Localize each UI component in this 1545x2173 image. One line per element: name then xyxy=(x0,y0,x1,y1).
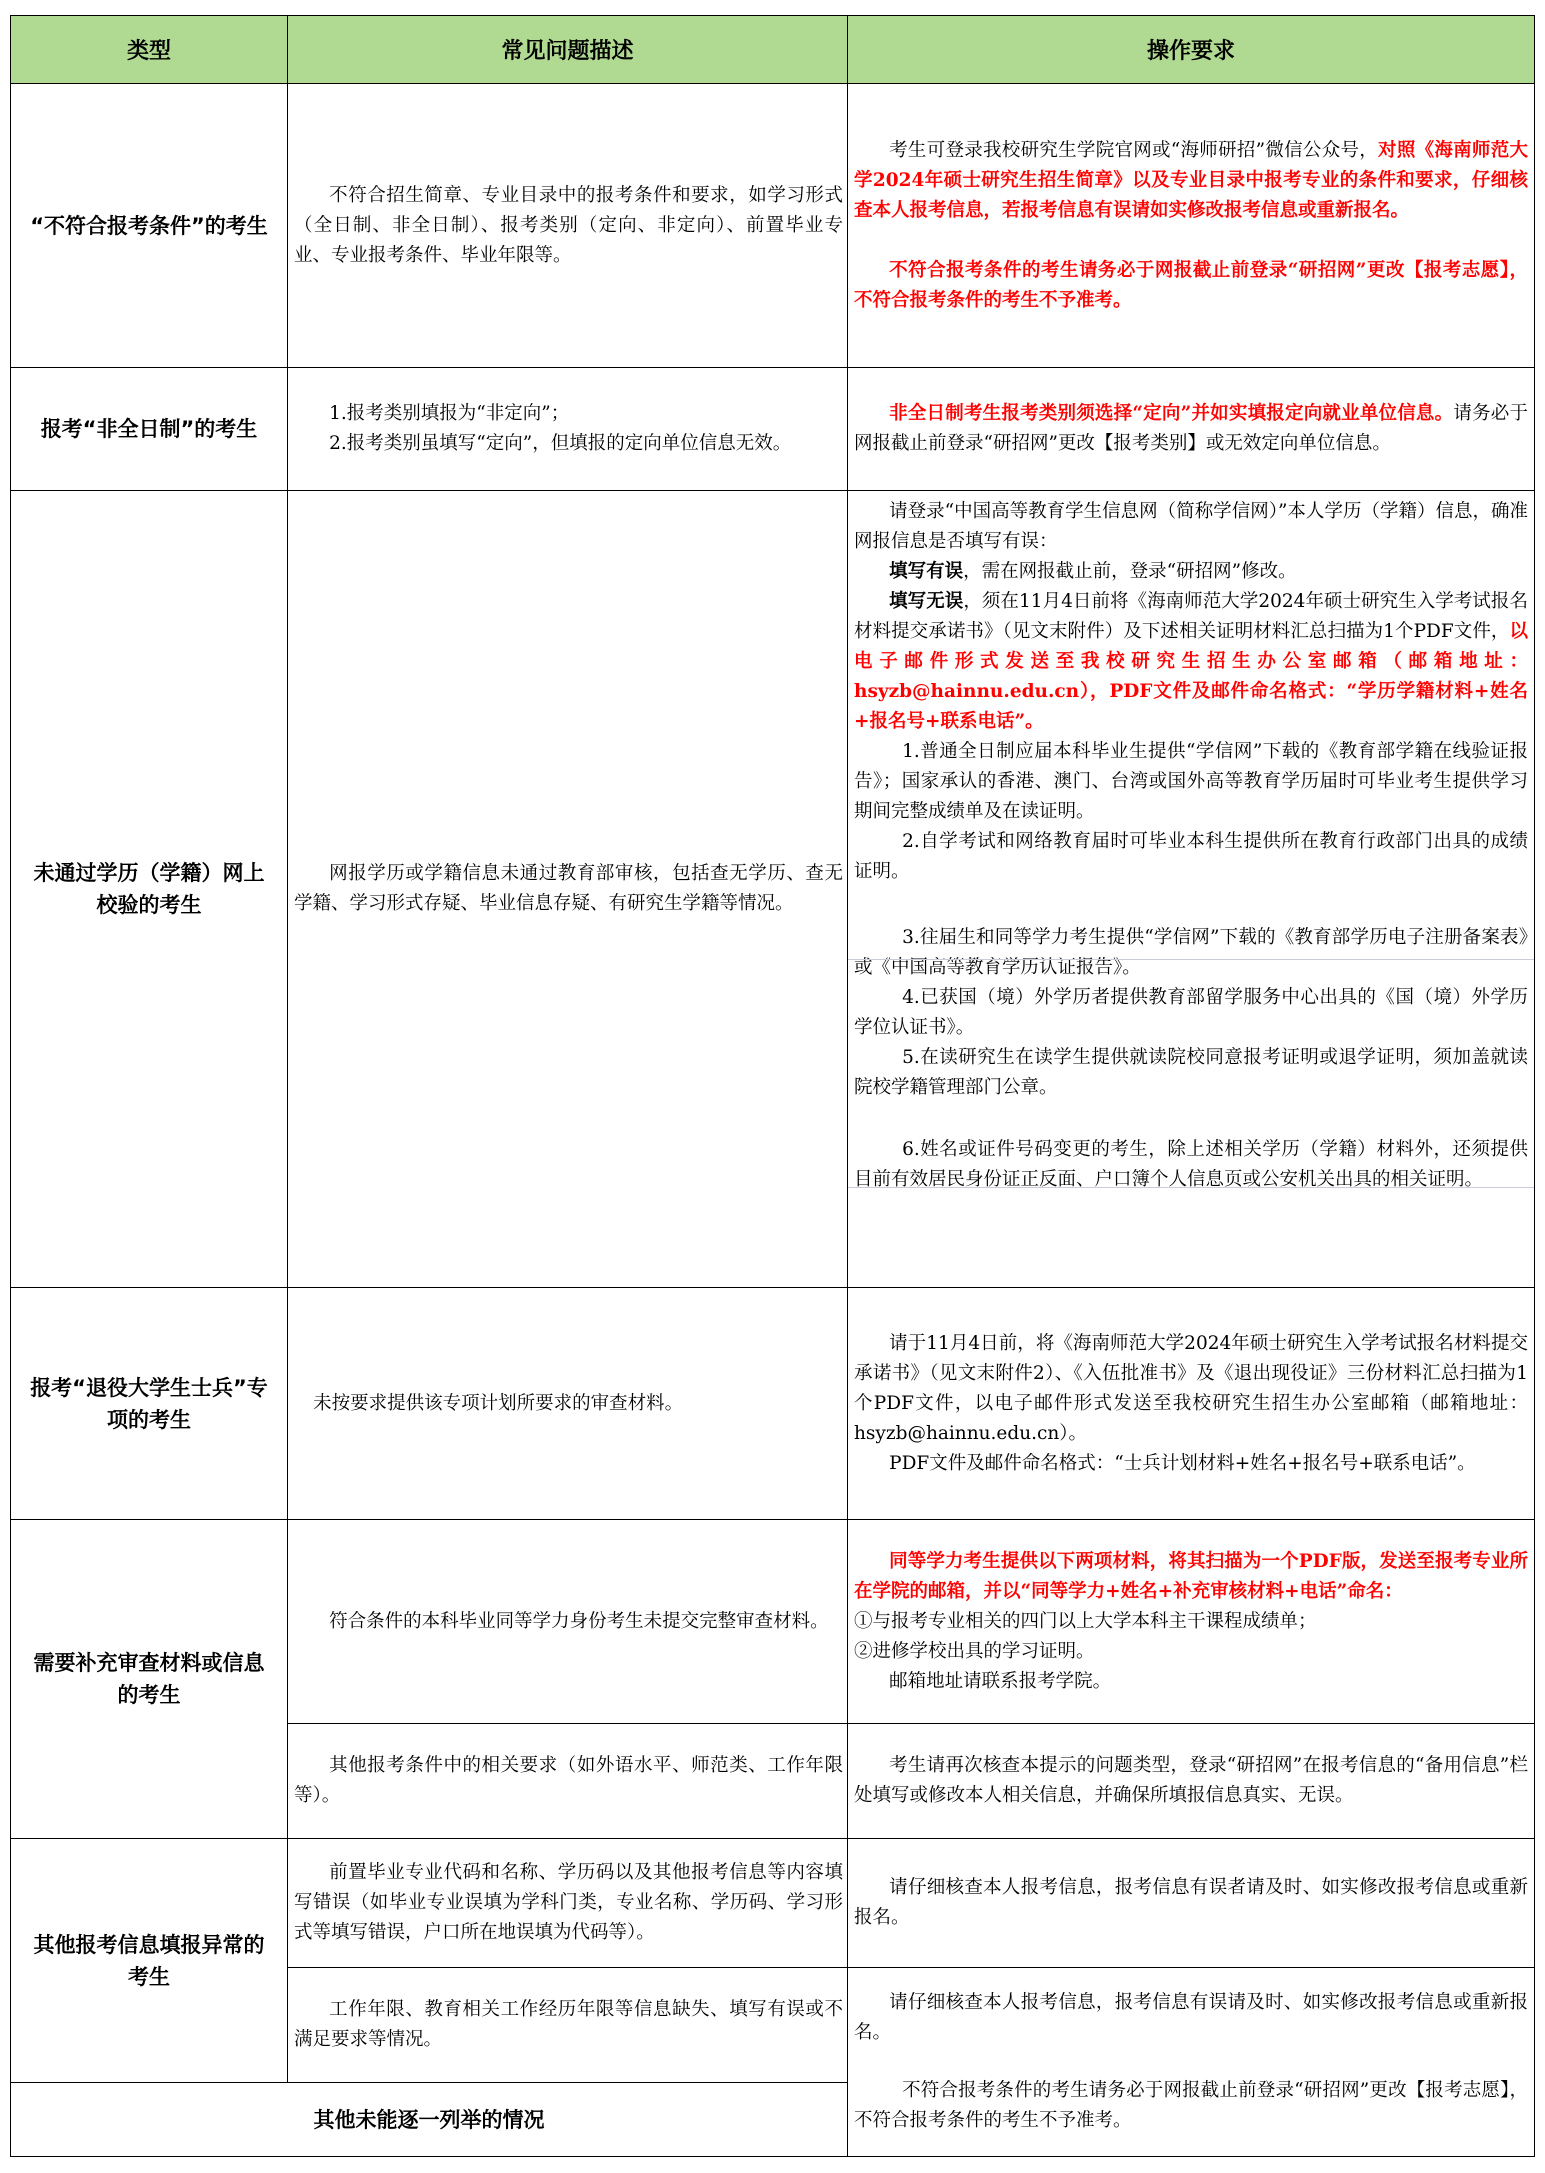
row-5-desc-1: 符合条件的本科毕业同等学力身份考生未提交完整审查材料。 xyxy=(287,1519,848,1724)
row-2-description: 1.报考类别填报为“非定向”； 2.报考类别虽填写“定向”，但填报的定向单位信息… xyxy=(287,367,848,491)
row-3-action: 请登录“中国高等教育学生信息网（简称学信网）”本人学历（学籍）信息，确准网报信息… xyxy=(847,490,1535,1288)
header-description: 常见问题描述 xyxy=(287,15,848,84)
row-6-desc-1: 前置毕业专业代码和名称、学历码以及其他报考信息等内容填写错误（如毕业专业误填为学… xyxy=(287,1838,848,1968)
row-5-action-1-item-1: ①与报考专业相关的四门以上大学本科主干课程成绩单； xyxy=(854,1607,1528,1637)
row-2-desc-item-1: 1.报考类别填报为“非定向”； xyxy=(294,399,843,429)
row-6-desc-1-text: 前置毕业专业代码和名称、学历码以及其他报考信息等内容填写错误（如毕业专业误填为学… xyxy=(294,1858,843,1948)
row-5-action-1-red: 同等学力考生提供以下两项材料，将其扫描为一个PDF版，发送至报考专业所在学院的邮… xyxy=(854,1547,1528,1607)
row-3-action-item-2: 2.自学考试和网络教育届时可毕业本科生提供所在教育行政部门出具的成绩证明。 xyxy=(854,827,1528,887)
row-5-desc-1-text: 符合条件的本科毕业同等学力身份考生未提交完整审查材料。 xyxy=(294,1607,843,1637)
row-3-action-intro: 请登录“中国高等教育学生信息网（简称学信网）”本人学历（学籍）信息，确准网报信息… xyxy=(854,497,1528,557)
row-3-action-err-text: ，需在网报截止前，登录“研招网”修改。 xyxy=(963,561,1296,582)
row-3-action-item-4: 4.已获国（境）外学历者提供教育部留学服务中心出具的《国（境）外学历学位认证书》… xyxy=(854,983,1528,1043)
row-4-description: 未按要求提供该专项计划所要求的审查材料。 xyxy=(287,1287,848,1520)
row-5-desc-2: 其他报考条件中的相关要求（如外语水平、师范类、工作年限等）。 xyxy=(287,1723,848,1839)
row-1-action: 考生可登录我校研究生学院官网或“海师研招”微信公众号，对照《海南师范大学2024… xyxy=(847,83,1535,368)
row-3-sub-divider-2 xyxy=(848,1187,1534,1188)
row-5-action-1-note: 邮箱地址请联系报考学院。 xyxy=(854,1667,1528,1697)
row-1-type: “不符合报考条件”的考生 xyxy=(10,83,288,368)
row-3-action-ok-label: 填写无误 xyxy=(889,591,963,612)
row-3-action-item-5: 5.在读研究生在读学生提供就读院校同意报考证明或退学证明，须加盖就读院校学籍管理… xyxy=(854,1043,1528,1103)
row-1-action-normal: 考生可登录我校研究生学院官网或“海师研招”微信公众号， xyxy=(889,140,1378,161)
row-4-action-p2: PDF文件及邮件命名格式：“士兵计划材料+姓名+报名号+联系电话”。 xyxy=(854,1449,1528,1479)
row-4-action: 请于11月4日前，将《海南师范大学2024年硕士研究生入学考试报名材料提交承诺书… xyxy=(847,1287,1535,1520)
row-2-action-red: 非全日制考生报考类别须选择“定向”并如实填报定向就业单位信息。 xyxy=(889,403,1453,424)
row-5-action-1: 同等学力考生提供以下两项材料，将其扫描为一个PDF版，发送至报考专业所在学院的邮… xyxy=(847,1519,1535,1724)
row-3-type: 未通过学历（学籍）网上校验的考生 xyxy=(10,490,288,1288)
row-6-action-1: 请仔细核查本人报考信息，报考信息有误者请及时、如实修改报考信息或重新报名。 xyxy=(847,1838,1535,1968)
row-3-action-item-1: 1.普通全日制应届本科毕业生提供“学信网”下载的《教育部学籍在线验证报告》；国家… xyxy=(854,737,1528,827)
row-4-action-p1: 请于11月4日前，将《海南师范大学2024年硕士研究生入学考试报名材料提交承诺书… xyxy=(854,1329,1528,1449)
row-3-sub-divider-1 xyxy=(848,959,1534,960)
row-3-action-err-label: 填写有误 xyxy=(889,561,963,582)
row-5-desc-2-text: 其他报考条件中的相关要求（如外语水平、师范类、工作年限等）。 xyxy=(294,1751,843,1811)
row-2-type: 报考“非全日制”的考生 xyxy=(10,367,288,491)
requirements-table: 类型 常见问题描述 操作要求 “不符合报考条件”的考生 不符合招生简章、专业目录… xyxy=(10,15,1535,2157)
row-3-action-item-3: 3.往届生和同等学力考生提供“学信网”下载的《教育部学历电子注册备案表》或《中国… xyxy=(854,923,1528,983)
row-7-type: 其他未能逐一列举的情况 xyxy=(10,2082,848,2157)
row-6-action-1-text: 请仔细核查本人报考信息，报考信息有误者请及时、如实修改报考信息或重新报名。 xyxy=(854,1873,1528,1933)
row-3-desc-text: 网报学历或学籍信息未通过教育部审核，包括查无学历、查无学籍、学习形式存疑、毕业信… xyxy=(294,859,843,919)
row-3-action-item-6: 6.姓名或证件号码变更的考生，除上述相关学历（学籍）材料外，还须提供目前有效居民… xyxy=(854,1135,1528,1195)
row-6-action-2: 请仔细核查本人报考信息，报考信息有误请及时、如实修改报考信息或重新报名。 不符合… xyxy=(847,1967,1535,2157)
row-1-action-warning: 不符合报考条件的考生请务必于网报截止前登录“研招网”更改【报考志愿】，不符合报考… xyxy=(854,256,1528,316)
row-6-desc-2: 工作年限、教育相关工作经历年限等信息缺失、填写有误或不满足要求等情况。 xyxy=(287,1967,848,2083)
row-3-description: 网报学历或学籍信息未通过教育部审核，包括查无学历、查无学籍、学习形式存疑、毕业信… xyxy=(287,490,848,1288)
row-2-action: 非全日制考生报考类别须选择“定向”并如实填报定向就业单位信息。请务必于网报截止前… xyxy=(847,367,1535,491)
row-6-action-2-p1: 请仔细核查本人报考信息，报考信息有误请及时、如实修改报考信息或重新报名。 xyxy=(854,1988,1528,2048)
row-5-action-2: 考生请再次核查本提示的问题类型，登录“研招网”在报考信息的“备用信息”栏处填写或… xyxy=(847,1723,1535,1839)
row-6-action-2-p2: 不符合报考条件的考生请务必于网报截止前登录“研招网”更改【报考志愿】，不符合报考… xyxy=(854,2076,1528,2136)
header-type: 类型 xyxy=(10,15,288,84)
row-4-type: 报考“退役大学生士兵”专项的考生 xyxy=(10,1287,288,1520)
row-4-desc-text: 未按要求提供该专项计划所要求的审查材料。 xyxy=(302,1389,843,1419)
row-5-type: 需要补充审查材料或信息的考生 xyxy=(10,1519,288,1839)
row-6-type: 其他报考信息填报异常的考生 xyxy=(10,1838,288,2083)
header-action: 操作要求 xyxy=(847,15,1535,84)
row-2-desc-item-2: 2.报考类别虽填写“定向”，但填报的定向单位信息无效。 xyxy=(294,429,843,459)
row-1-desc-text: 不符合招生简章、专业目录中的报考条件和要求，如学习形式（全日制、非全日制）、报考… xyxy=(294,181,843,271)
row-5-action-2-text: 考生请再次核查本提示的问题类型，登录“研招网”在报考信息的“备用信息”栏处填写或… xyxy=(854,1751,1528,1811)
row-6-desc-2-text: 工作年限、教育相关工作经历年限等信息缺失、填写有误或不满足要求等情况。 xyxy=(294,1995,843,2055)
row-5-action-1-item-2: ②进修学校出具的学习证明。 xyxy=(854,1637,1528,1667)
row-1-description: 不符合招生简章、专业目录中的报考条件和要求，如学习形式（全日制、非全日制）、报考… xyxy=(287,83,848,368)
